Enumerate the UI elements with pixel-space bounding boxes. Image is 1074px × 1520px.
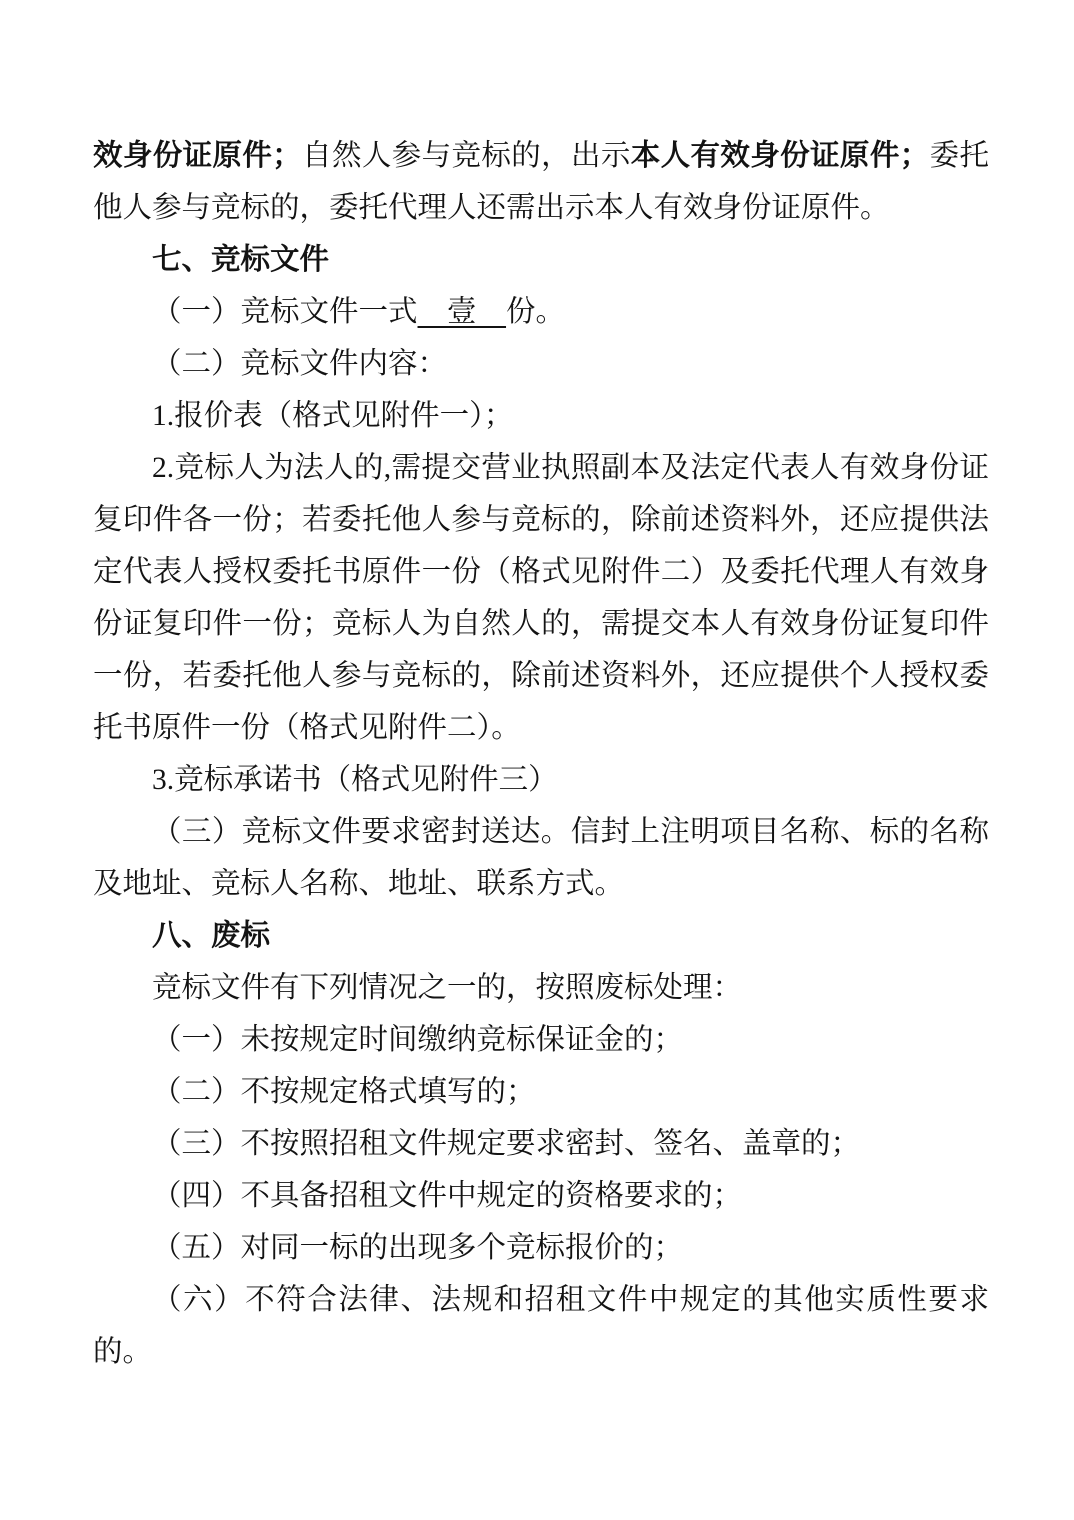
paragraph-8-intro: 竞标文件有下列情况之一的，按照废标处理：: [93, 962, 989, 1014]
emphasized-text-run: 效身份证原件；: [93, 140, 302, 172]
paragraph-8-item-1: （一）未按规定时间缴纳竞标保证金的；: [93, 1014, 989, 1066]
text-run: （六）不符合法律、法规和招租文件中规定的其他实质性要求的。: [93, 1284, 989, 1368]
text-run: （五）对同一标的出现多个竞标报价的；: [152, 1232, 683, 1264]
text-run: （一）未按规定时间缴纳竞标保证金的；: [152, 1024, 683, 1056]
paragraph-carryover-id-requirements: 效身份证原件；自然人参与竞标的，出示本人有效身份证原件；委托他人参与竞标的，委托…: [93, 130, 989, 234]
fill-in-blank-underline: 壹: [418, 296, 507, 328]
heading-section-8-invalid-bids: 八、废标: [93, 910, 989, 962]
paragraph-7-3-sealed-delivery: （三）竞标文件要求密封送达。信封上注明项目名称、标的名称及地址、竞标人名称、地址…: [93, 806, 989, 910]
text-run: 3.竞标承诺书（格式见附件三）: [152, 764, 558, 796]
paragraph-7-2-contents: （二）竞标文件内容：: [93, 338, 989, 390]
paragraph-8-item-4: （四）不具备招租文件中规定的资格要求的；: [93, 1170, 989, 1222]
text-run: （一）竞标文件一式: [152, 296, 418, 328]
paragraph-7-2-item-1: 1.报价表（格式见附件一）；: [93, 390, 989, 442]
paragraph-7-1-copies: （一）竞标文件一式 壹 份。: [93, 286, 989, 338]
paragraph-7-2-item-2: 2.竞标人为法人的,需提交营业执照副本及法定代表人有效身份证复印件各一份；若委托…: [93, 442, 989, 754]
paragraph-8-item-6: （六）不符合法律、法规和招租文件中规定的其他实质性要求的。: [93, 1274, 989, 1378]
text-run: 自然人参与竞标的，出示: [302, 140, 631, 172]
emphasized-text-run: 本人有效身份证原件；: [631, 140, 929, 172]
paragraph-8-item-2: （二）不按规定格式填写的；: [93, 1066, 989, 1118]
document-page: 效身份证原件；自然人参与竞标的，出示本人有效身份证原件；委托他人参与竞标的，委托…: [0, 0, 1074, 1520]
text-run: （三）不按照招租文件规定要求密封、签名、盖章的；: [152, 1128, 860, 1160]
paragraph-8-item-3: （三）不按照招租文件规定要求密封、签名、盖章的；: [93, 1118, 989, 1170]
emphasized-text-run: 七、竞标文件: [152, 244, 329, 276]
text-run: （二）竞标文件内容：: [152, 348, 447, 380]
text-run: （四）不具备招租文件中规定的资格要求的；: [152, 1180, 742, 1212]
text-run: （三）竞标文件要求密封送达。信封上注明项目名称、标的名称及地址、竞标人名称、地址…: [93, 816, 989, 900]
paragraph-8-item-5: （五）对同一标的出现多个竞标报价的；: [93, 1222, 989, 1274]
document-body: 效身份证原件；自然人参与竞标的，出示本人有效身份证原件；委托他人参与竞标的，委托…: [0, 0, 1074, 1378]
paragraph-7-2-item-3: 3.竞标承诺书（格式见附件三）: [93, 754, 989, 806]
emphasized-text-run: 八、废标: [152, 920, 270, 952]
text-run: 份。: [506, 296, 565, 328]
text-run: 2.竞标人为法人的,需提交营业执照副本及法定代表人有效身份证复印件各一份；若委托…: [93, 452, 989, 744]
heading-section-7-bid-documents: 七、竞标文件: [93, 234, 989, 286]
text-run: （二）不按规定格式填写的；: [152, 1076, 536, 1108]
text-run: 竞标文件有下列情况之一的，按照废标处理：: [152, 972, 742, 1004]
text-run: 1.报价表（格式见附件一）；: [152, 400, 513, 432]
